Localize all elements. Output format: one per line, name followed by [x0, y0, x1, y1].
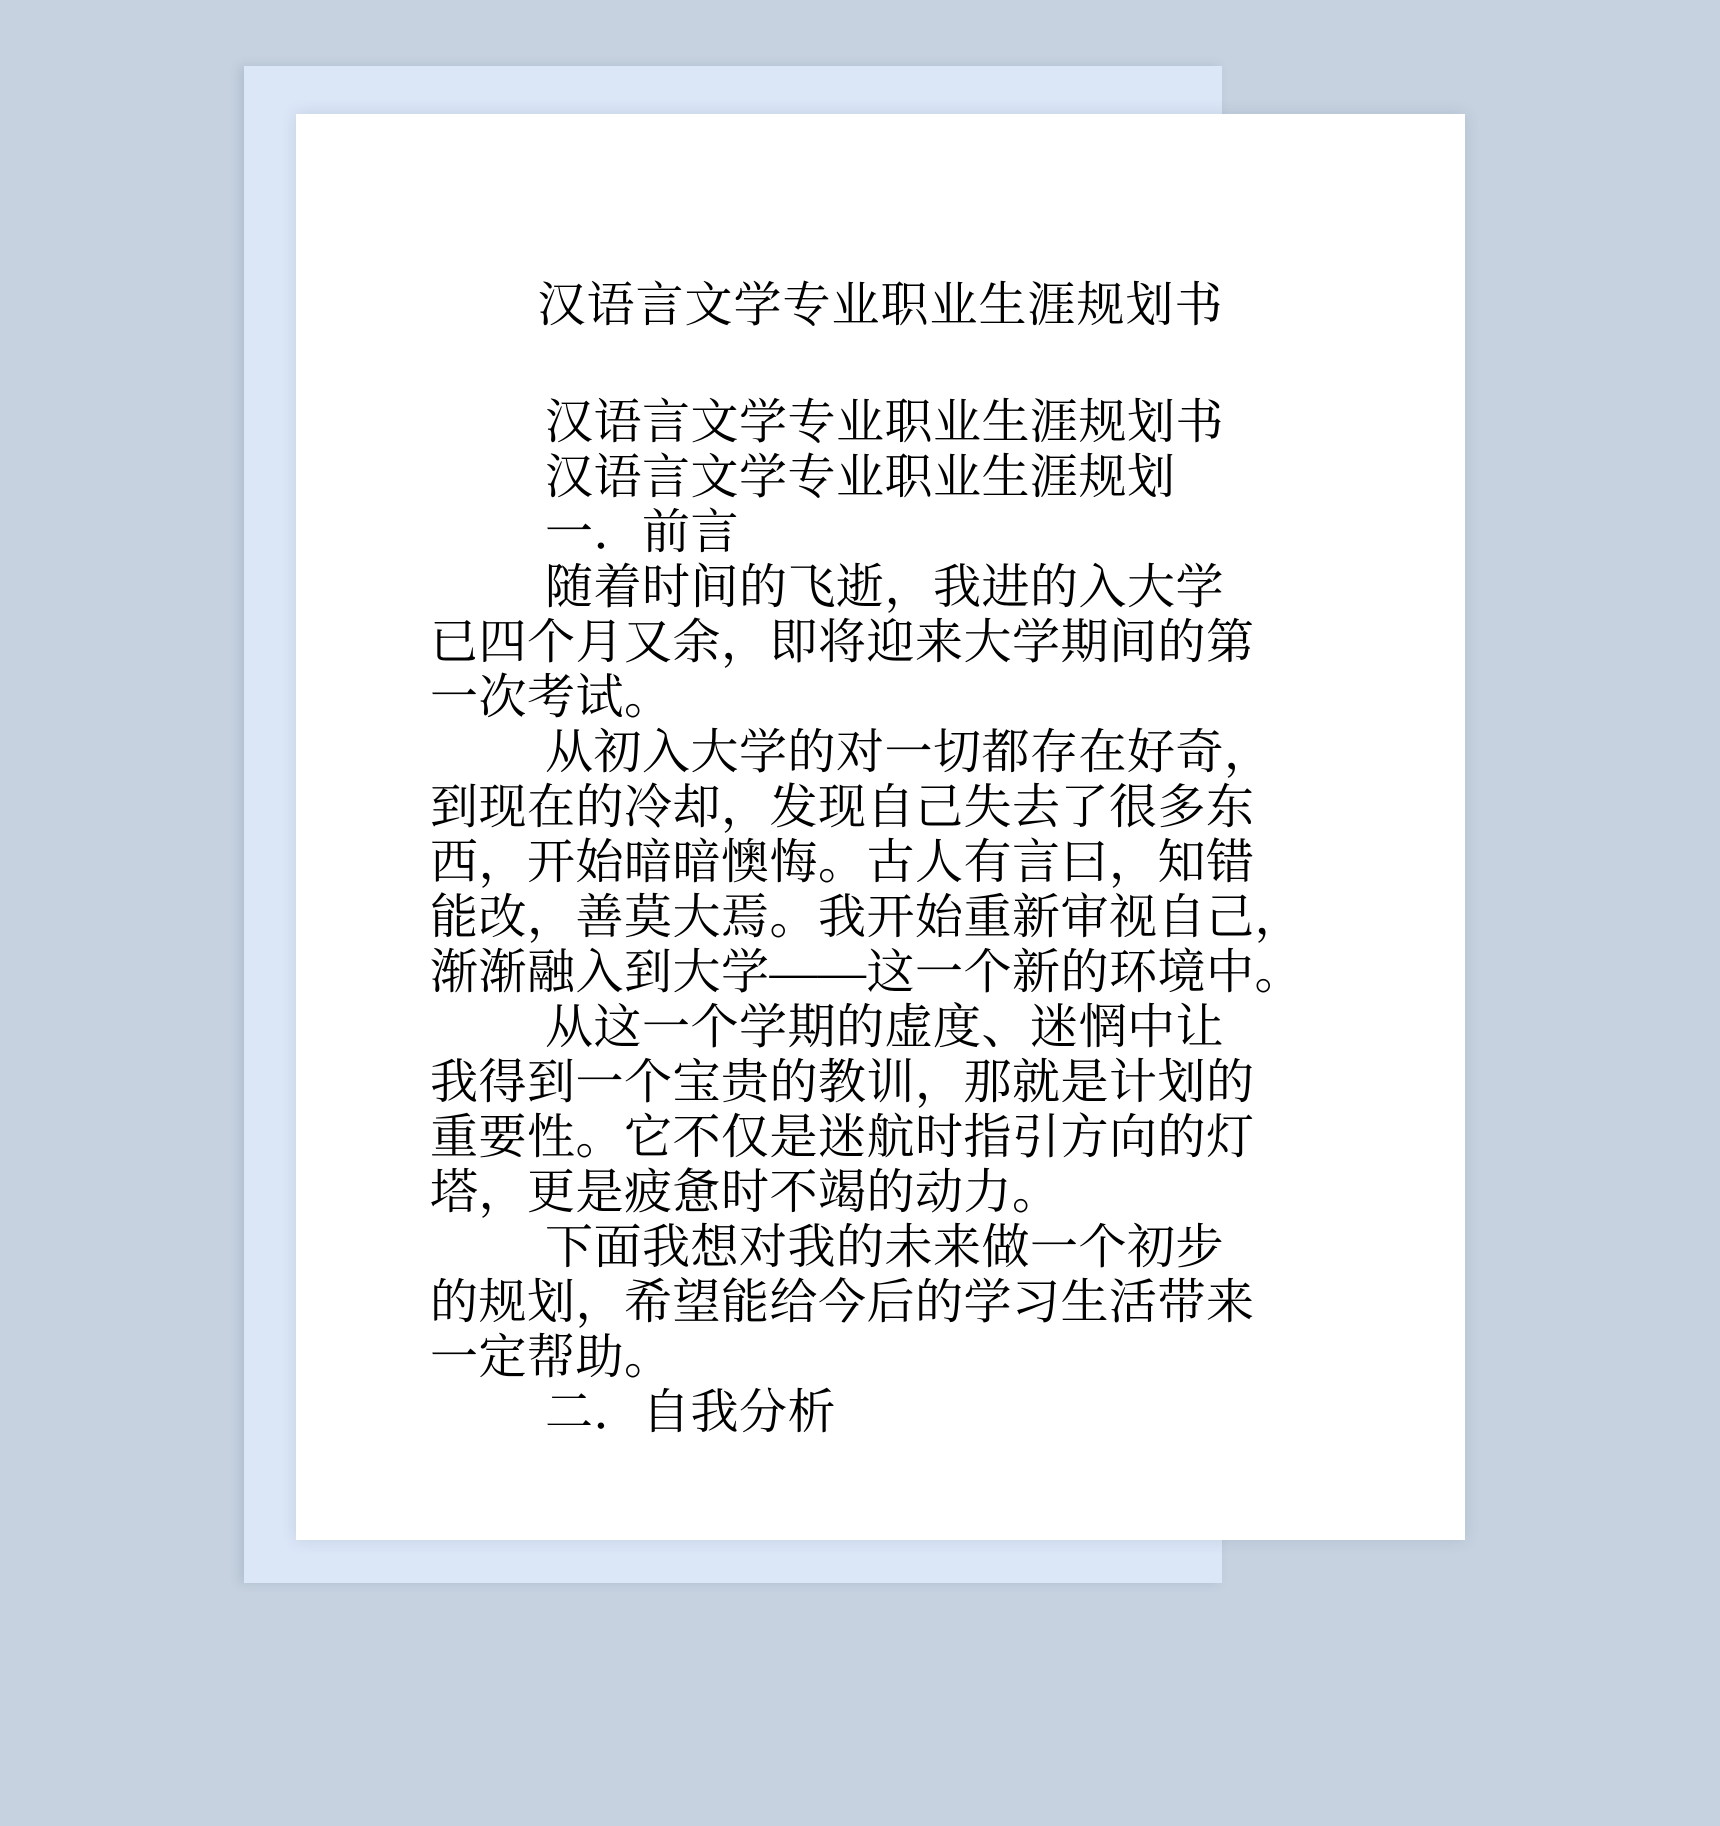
document-line: 汉语言文学专业职业生涯规划 [430, 450, 1355, 505]
document-body: 汉语言文学专业职业生涯规划书汉语言文学专业职业生涯规划一．前言随着时间的飞逝，我… [296, 395, 1465, 1440]
document-line: 西，开始暗暗懊悔。古人有言曰，知错 [430, 835, 1355, 890]
document-line: 随着时间的飞逝，我进的入大学 [430, 560, 1355, 615]
document-line: 一．前言 [430, 505, 1355, 560]
document-line: 渐渐融入到大学——这一个新的环境中。 [430, 945, 1355, 1000]
document-line: 塔，更是疲惫时不竭的动力。 [430, 1165, 1355, 1220]
document-line: 的规划，希望能给今后的学习生活带来 [430, 1275, 1355, 1330]
document-viewer-background: 汉语言文学专业职业生涯规划书 汉语言文学专业职业生涯规划书汉语言文学专业职业生涯… [0, 0, 1720, 1826]
document-line: 一定帮助。 [430, 1330, 1355, 1385]
document-line: 我得到一个宝贵的教训，那就是计划的 [430, 1055, 1355, 1110]
document-line: 从初入大学的对一切都存在好奇， [430, 725, 1355, 780]
document-line: 二．自我分析 [430, 1385, 1355, 1440]
document-title: 汉语言文学专业职业生涯规划书 [296, 278, 1465, 333]
document-line: 已四个月又余，即将迎来大学期间的第 [430, 615, 1355, 670]
document-page: 汉语言文学专业职业生涯规划书 汉语言文学专业职业生涯规划书汉语言文学专业职业生涯… [296, 114, 1465, 1540]
document-line: 重要性。它不仅是迷航时指引方向的灯 [430, 1110, 1355, 1165]
document-line: 从这一个学期的虚度、迷惘中让 [430, 1000, 1355, 1055]
document-line: 下面我想对我的未来做一个初步 [430, 1220, 1355, 1275]
document-line: 到现在的冷却，发现自己失去了很多东 [430, 780, 1355, 835]
document-line: 汉语言文学专业职业生涯规划书 [430, 395, 1355, 450]
document-line: 能改，善莫大焉。我开始重新审视自己， [430, 890, 1355, 945]
document-line: 一次考试。 [430, 670, 1355, 725]
